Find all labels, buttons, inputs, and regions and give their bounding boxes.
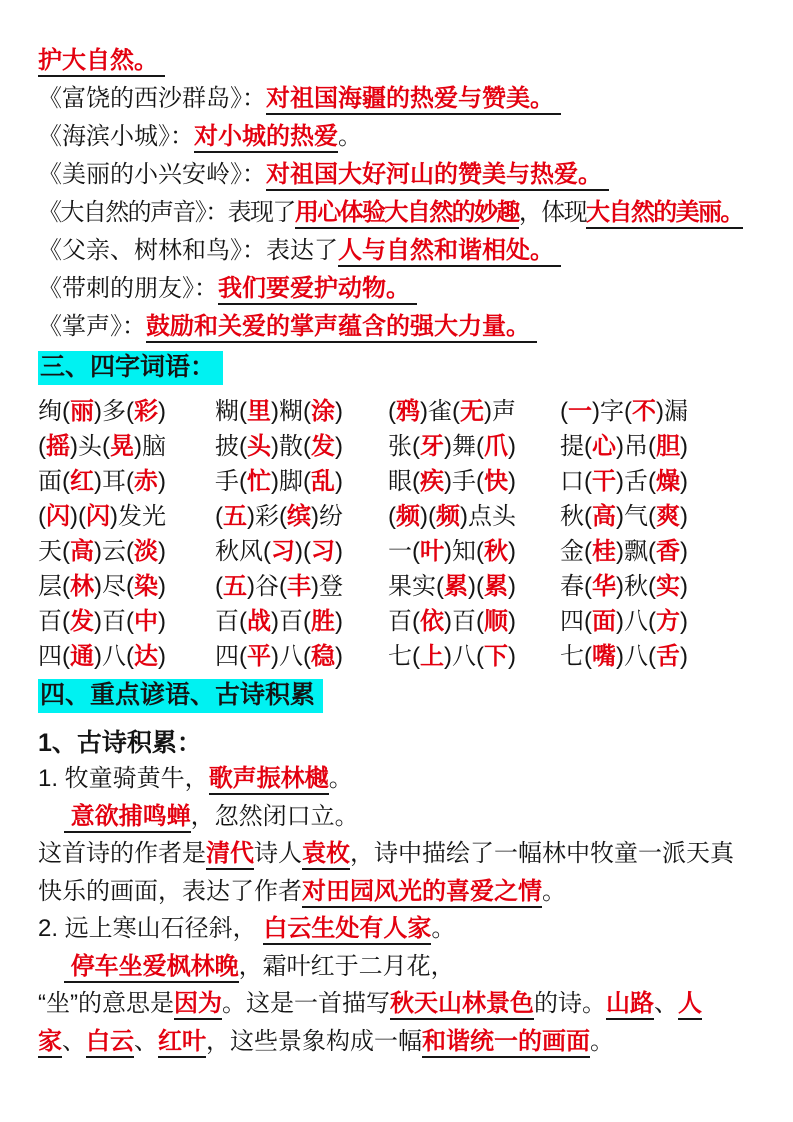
fill-in-char: 面 bbox=[592, 608, 616, 635]
idiom-cell: 糊(里)糊(涂) bbox=[215, 394, 388, 429]
paren: ( bbox=[584, 433, 592, 460]
fill-in-char: 顺 bbox=[484, 608, 508, 635]
paren: ) bbox=[158, 398, 166, 425]
fill-in-char: 红 bbox=[70, 468, 94, 495]
idiom-char: 脚 bbox=[279, 468, 303, 495]
paren: ( bbox=[303, 468, 311, 495]
idiom-char: 风 bbox=[239, 538, 263, 565]
fill-in-char: 习 bbox=[271, 538, 295, 565]
idiom-char: 多 bbox=[102, 398, 126, 425]
plain-text: 。 bbox=[329, 765, 353, 792]
fill-in-char: 累 bbox=[444, 573, 468, 600]
idiom-cell: 秋风(习)(习) bbox=[215, 534, 388, 569]
plain-text: 诗人 bbox=[254, 840, 302, 867]
fill-in-char: 牙 bbox=[420, 433, 444, 460]
paren: ( bbox=[279, 503, 287, 530]
paren: ( bbox=[126, 398, 134, 425]
paren: ) bbox=[444, 433, 452, 460]
paren: ( bbox=[412, 468, 420, 495]
paren: ) bbox=[616, 608, 624, 635]
paren: ( bbox=[126, 608, 134, 635]
paren: ( bbox=[38, 503, 46, 530]
paren: ( bbox=[239, 433, 247, 460]
four-char-words-title: 三、四字词语： bbox=[38, 351, 223, 385]
paren: ( bbox=[126, 643, 134, 670]
idiom-cell: 手(忙)脚(乱) bbox=[215, 464, 388, 499]
idiom-cell: 金(桂)飘(香) bbox=[560, 534, 775, 569]
fill-in-char: 不 bbox=[632, 398, 656, 425]
plain-text: 《父亲、树林和鸟》：表达了 bbox=[38, 237, 338, 264]
fill-in-char: 频 bbox=[436, 503, 460, 530]
paren: ( bbox=[215, 573, 223, 600]
paren: ) bbox=[271, 398, 279, 425]
idiom-cell: (频)(频)点头 bbox=[388, 499, 560, 534]
plain-text: ，体现 bbox=[519, 199, 586, 226]
lesson-theme-section: 护大自然。 《富饶的西沙群岛》：对祖国海疆的热爱与赞美。 《海滨小城》：对小城的… bbox=[38, 42, 775, 346]
plain-text: 、 bbox=[62, 1028, 86, 1055]
paren: ( bbox=[624, 398, 632, 425]
idiom-cell: (一)字(不)漏 bbox=[560, 394, 775, 429]
answer-text: 人与自然和谐相处。 bbox=[338, 237, 561, 267]
plain-text: 《大自然的声音》：表现了 bbox=[38, 199, 295, 226]
idiom-char: 果 bbox=[388, 573, 412, 600]
idiom-char: 眼 bbox=[388, 468, 412, 495]
paren: ( bbox=[62, 573, 70, 600]
fill-in-char: 丰 bbox=[287, 573, 311, 600]
idiom-cell: (摇)头(晃)脑 bbox=[38, 429, 215, 464]
paren: ( bbox=[584, 573, 592, 600]
paren: ) bbox=[158, 573, 166, 600]
paren: ) bbox=[508, 538, 516, 565]
plain-text: 的诗。 bbox=[534, 990, 606, 1017]
idiom-char: 八 bbox=[102, 643, 126, 670]
fill-in-char: 发 bbox=[311, 433, 335, 460]
fill-in-char: 摇 bbox=[46, 433, 70, 460]
plain-text: ，霜叶红于二月花， bbox=[239, 953, 455, 980]
idiom-char: 漏 bbox=[664, 398, 688, 425]
text-line: 《掌声》：鼓励和关爱的掌声蕴含的强大力量。 bbox=[38, 308, 775, 346]
study-notes-page: 护大自然。 《富饶的西沙群岛》：对祖国海疆的热爱与赞美。 《海滨小城》：对小城的… bbox=[0, 0, 793, 1122]
paren: ) bbox=[508, 433, 516, 460]
paren: ) bbox=[335, 468, 343, 495]
answer-text: 鼓励和关爱的掌声蕴含的强大力量。 bbox=[146, 313, 537, 343]
fill-in-char: 涂 bbox=[311, 398, 335, 425]
paren: ( bbox=[648, 468, 656, 495]
plain-text: ，诗中描绘了一幅林中牧童一派天真 bbox=[350, 840, 734, 867]
fill-in-char: 闪 bbox=[46, 503, 70, 530]
paren: ( bbox=[452, 398, 460, 425]
idiom-char: 七 bbox=[388, 643, 412, 670]
fill-in-char: 桂 bbox=[592, 538, 616, 565]
fill-in-char: 下 bbox=[484, 643, 508, 670]
idiom-char: 纷 bbox=[319, 503, 343, 530]
idiom-char: 百 bbox=[215, 608, 239, 635]
paren: ) bbox=[158, 608, 166, 635]
paren: ( bbox=[263, 538, 271, 565]
fill-in-char: 丽 bbox=[70, 398, 94, 425]
idiom-char: 天 bbox=[38, 538, 62, 565]
paren: ) bbox=[616, 468, 624, 495]
idiom-char: 口 bbox=[560, 468, 584, 495]
paren: ( bbox=[476, 538, 484, 565]
fill-in-char: 高 bbox=[70, 538, 94, 565]
proverbs-poems-title: 四、重点谚语、古诗积累 bbox=[38, 679, 323, 713]
paren: ( bbox=[412, 538, 420, 565]
fill-in-char: 闪 bbox=[86, 503, 110, 530]
idiom-cell: 秋(高)气(爽) bbox=[560, 499, 775, 534]
answer-text: 意欲捕鸣蝉 bbox=[64, 803, 191, 833]
idiom-char: 一 bbox=[388, 538, 412, 565]
paren: ( bbox=[648, 433, 656, 460]
fill-in-char: 稳 bbox=[311, 643, 335, 670]
idiom-cell: 口(干)舌(燥) bbox=[560, 464, 775, 499]
four-char-words-grid: 绚(丽)多(彩)糊(里)糊(涂)(鸦)雀(无)声(一)字(不)漏(摇)头(晃)脑… bbox=[38, 394, 775, 674]
text-line: 《带刺的朋友》：我们要爱护动物。 bbox=[38, 270, 775, 308]
idiom-char: 秋 bbox=[624, 573, 648, 600]
idiom-char: 字 bbox=[600, 398, 624, 425]
paren: ( bbox=[126, 573, 134, 600]
idiom-char: 气 bbox=[624, 503, 648, 530]
plain-text: 。 bbox=[431, 915, 455, 942]
paren: ) bbox=[335, 433, 343, 460]
paren: ) bbox=[94, 398, 102, 425]
paren: ) bbox=[94, 468, 102, 495]
plain-text: 《美丽的小兴安岭》： bbox=[38, 161, 266, 188]
paren: ) bbox=[271, 468, 279, 495]
answer-text: 白云生处有人家 bbox=[263, 915, 431, 945]
idiom-cell: 四(平)八(稳) bbox=[215, 639, 388, 674]
idiom-char: 百 bbox=[38, 608, 62, 635]
idiom-cell: 百(依)百(顺) bbox=[388, 604, 560, 639]
idiom-cell: (五)彩(缤)纷 bbox=[215, 499, 388, 534]
paren: ( bbox=[648, 643, 656, 670]
idiom-char: 提 bbox=[560, 433, 584, 460]
paren: ) bbox=[508, 643, 516, 670]
paren: ) bbox=[70, 503, 78, 530]
paren: ) bbox=[70, 433, 78, 460]
paren: ( bbox=[476, 608, 484, 635]
idiom-cell: 果实(累)(累) bbox=[388, 569, 560, 604]
plain-text: 快乐的画面，表达了作者 bbox=[38, 878, 302, 905]
paren: ( bbox=[648, 538, 656, 565]
paren: ) bbox=[468, 573, 476, 600]
answer-text: 白云 bbox=[86, 1028, 134, 1058]
fill-in-char: 赤 bbox=[134, 468, 158, 495]
plain-text: 。这是一首描写 bbox=[222, 990, 390, 1017]
idiom-char: 七 bbox=[560, 643, 584, 670]
idiom-char: 百 bbox=[388, 608, 412, 635]
idiom-char: 谷 bbox=[255, 573, 279, 600]
answer-text: 用心体验大自然的妙趣 bbox=[295, 199, 519, 229]
fill-in-char: 中 bbox=[134, 608, 158, 635]
paren: ) bbox=[94, 608, 102, 635]
idiom-char: 四 bbox=[560, 608, 584, 635]
fill-in-char: 忙 bbox=[247, 468, 271, 495]
plain-text: 、 bbox=[134, 1028, 158, 1055]
idiom-char: 脑 bbox=[142, 433, 166, 460]
paren: ) bbox=[444, 608, 452, 635]
paren: ( bbox=[62, 398, 70, 425]
idiom-char: 彩 bbox=[255, 503, 279, 530]
plain-text: 。 bbox=[338, 123, 362, 150]
fill-in-char: 头 bbox=[247, 433, 271, 460]
text-line: 1. 牧童骑黄牛，歌声振林樾。 bbox=[38, 760, 775, 798]
paren: ( bbox=[239, 643, 247, 670]
paren: ( bbox=[239, 608, 247, 635]
paren: ) bbox=[680, 573, 688, 600]
plain-text: 这首诗的作者是 bbox=[38, 840, 206, 867]
plain-text: 。 bbox=[590, 1028, 614, 1055]
paren: ( bbox=[388, 398, 396, 425]
plain-text: 。 bbox=[542, 878, 566, 905]
fill-in-char: 胜 bbox=[311, 608, 335, 635]
paren: ( bbox=[412, 433, 420, 460]
fill-in-char: 晃 bbox=[110, 433, 134, 460]
paren: ) bbox=[158, 538, 166, 565]
paren: ( bbox=[412, 643, 420, 670]
plain-text: 《海滨小城》： bbox=[38, 123, 194, 150]
fill-in-char: 频 bbox=[396, 503, 420, 530]
idiom-char: 飘 bbox=[624, 538, 648, 565]
plain-text: ，忽然闭口立。 bbox=[191, 803, 359, 830]
text-line: 意欲捕鸣蝉，忽然闭口立。 bbox=[38, 798, 775, 836]
fill-in-char: 胆 bbox=[656, 433, 680, 460]
paren: ) bbox=[680, 608, 688, 635]
paren: ) bbox=[656, 398, 664, 425]
paren: ) bbox=[680, 468, 688, 495]
fill-in-char: 战 bbox=[247, 608, 271, 635]
idiom-char: 绚 bbox=[38, 398, 62, 425]
answer-text: 我们要爱护动物。 bbox=[218, 275, 417, 305]
paren: ) bbox=[134, 433, 142, 460]
section-header-four-char-words: 三、四字词语： bbox=[38, 350, 775, 386]
answer-text: 对田园风光的喜爱之情 bbox=[302, 878, 542, 908]
fill-in-char: 彩 bbox=[134, 398, 158, 425]
paren: ( bbox=[303, 538, 311, 565]
paren: ( bbox=[126, 468, 134, 495]
fill-in-char: 高 bbox=[592, 503, 616, 530]
paren: ) bbox=[94, 573, 102, 600]
paren: ) bbox=[271, 643, 279, 670]
paren: ( bbox=[648, 573, 656, 600]
plain-text: ，这些景象构成一幅 bbox=[206, 1028, 422, 1055]
idiom-char: 雀 bbox=[428, 398, 452, 425]
fill-in-char: 发 bbox=[70, 608, 94, 635]
paren: ) bbox=[508, 608, 516, 635]
idiom-char: 八 bbox=[452, 643, 476, 670]
idiom-cell: 眼(疾)手(快) bbox=[388, 464, 560, 499]
text-line: 这首诗的作者是清代诗人袁枚，诗中描绘了一幅林中牧童一派天真 bbox=[38, 835, 775, 873]
paren: ( bbox=[412, 608, 420, 635]
paren: ) bbox=[592, 398, 600, 425]
text-line: 停车坐爱枫林晚，霜叶红于二月花， bbox=[38, 948, 775, 986]
poem-accumulation-subheader: 1、古诗积累： bbox=[38, 726, 775, 760]
idiom-char: 糊 bbox=[215, 398, 239, 425]
plain-text: 《富饶的西沙群岛》： bbox=[38, 85, 266, 112]
plain-text: 《掌声》： bbox=[38, 313, 146, 340]
paren: ) bbox=[420, 398, 428, 425]
idiom-cell: 四(通)八(达) bbox=[38, 639, 215, 674]
idiom-char: 八 bbox=[279, 643, 303, 670]
paren: ( bbox=[279, 573, 287, 600]
idiom-char: 张 bbox=[388, 433, 412, 460]
fill-in-char: 香 bbox=[656, 538, 680, 565]
fill-in-char: 习 bbox=[311, 538, 335, 565]
fill-in-char: 染 bbox=[134, 573, 158, 600]
idiom-char: 层 bbox=[38, 573, 62, 600]
paren: ) bbox=[335, 608, 343, 635]
fill-in-char: 舌 bbox=[656, 643, 680, 670]
idiom-cell: (五)谷(丰)登 bbox=[215, 569, 388, 604]
paren: ) bbox=[271, 608, 279, 635]
paren: ( bbox=[62, 468, 70, 495]
paren: ) bbox=[616, 433, 624, 460]
idiom-char: 百 bbox=[279, 608, 303, 635]
idiom-char: 登 bbox=[319, 573, 343, 600]
paren: ) bbox=[616, 538, 624, 565]
paren: ( bbox=[388, 503, 396, 530]
paren: ) bbox=[247, 503, 255, 530]
idiom-char: 吊 bbox=[624, 433, 648, 460]
fill-in-char: 叶 bbox=[420, 538, 444, 565]
paren: ) bbox=[680, 503, 688, 530]
idiom-cell: 层(林)尽(染) bbox=[38, 569, 215, 604]
idiom-cell: 百(战)百(胜) bbox=[215, 604, 388, 639]
fill-in-char: 五 bbox=[223, 503, 247, 530]
paren: ) bbox=[444, 468, 452, 495]
idiom-cell: 绚(丽)多(彩) bbox=[38, 394, 215, 429]
answer-text: 和谐统一的画面 bbox=[422, 1028, 590, 1058]
idiom-char: 发 bbox=[118, 503, 142, 530]
text-line: 护大自然。 bbox=[38, 42, 775, 80]
idiom-char: 百 bbox=[102, 608, 126, 635]
idiom-cell: 春(华)秋(实) bbox=[560, 569, 775, 604]
idiom-char: 散 bbox=[279, 433, 303, 460]
idiom-char: 面 bbox=[38, 468, 62, 495]
paren: ( bbox=[102, 433, 110, 460]
idiom-char: 耳 bbox=[102, 468, 126, 495]
paren: ( bbox=[38, 433, 46, 460]
answer-text: 对祖国海疆的热爱与赞美。 bbox=[266, 85, 561, 115]
fill-in-char: 华 bbox=[592, 573, 616, 600]
fill-in-char: 达 bbox=[134, 643, 158, 670]
paren: ) bbox=[680, 538, 688, 565]
paren: ( bbox=[584, 538, 592, 565]
paren: ) bbox=[335, 643, 343, 670]
answer-text: 对小城的热爱 bbox=[194, 123, 338, 153]
fill-in-char: 乱 bbox=[311, 468, 335, 495]
fill-in-char: 林 bbox=[70, 573, 94, 600]
paren: ) bbox=[616, 573, 624, 600]
fill-in-char: 心 bbox=[592, 433, 616, 460]
fill-in-char: 上 bbox=[420, 643, 444, 670]
plain-text: 《带刺的朋友》： bbox=[38, 275, 218, 302]
paren: ) bbox=[271, 433, 279, 460]
text-line: 《大自然的声音》：表现了用心体验大自然的妙趣，体现大自然的美丽。 bbox=[38, 194, 775, 232]
paren: ( bbox=[648, 608, 656, 635]
idiom-char: 声 bbox=[492, 398, 516, 425]
answer-text: 袁枚 bbox=[302, 840, 350, 870]
idiom-char: 八 bbox=[624, 643, 648, 670]
idiom-char: 八 bbox=[624, 608, 648, 635]
fill-in-char: 通 bbox=[70, 643, 94, 670]
paren: ( bbox=[303, 608, 311, 635]
text-line: “坐”的意思是因为。这是一首描写秋天山林景色的诗。山路、人 bbox=[38, 985, 775, 1023]
paren: ( bbox=[584, 608, 592, 635]
plain-text: 、 bbox=[654, 990, 678, 1017]
paren: ( bbox=[62, 538, 70, 565]
fill-in-char: 干 bbox=[592, 468, 616, 495]
idiom-char: 春 bbox=[560, 573, 584, 600]
paren: ( bbox=[584, 503, 592, 530]
idiom-char: 光 bbox=[142, 503, 166, 530]
paren: ( bbox=[476, 643, 484, 670]
fill-in-char: 燥 bbox=[656, 468, 680, 495]
fill-in-char: 嘴 bbox=[592, 643, 616, 670]
paren: ) bbox=[680, 433, 688, 460]
idiom-char: 舞 bbox=[452, 433, 476, 460]
paren: ( bbox=[78, 503, 86, 530]
idiom-char: 头 bbox=[78, 433, 102, 460]
paren: ( bbox=[584, 468, 592, 495]
fill-in-char: 淡 bbox=[134, 538, 158, 565]
idiom-cell: 百(发)百(中) bbox=[38, 604, 215, 639]
paren: ) bbox=[460, 503, 468, 530]
fill-in-char: 累 bbox=[484, 573, 508, 600]
paren: ) bbox=[680, 643, 688, 670]
answer-text: 护大自然。 bbox=[38, 47, 165, 77]
plain-text: 1. 牧童骑黄牛， bbox=[38, 765, 209, 792]
poem-section: 1. 牧童骑黄牛，歌声振林樾。 意欲捕鸣蝉，忽然闭口立。这首诗的作者是清代诗人袁… bbox=[38, 760, 775, 1060]
fill-in-char: 里 bbox=[247, 398, 271, 425]
paren: ) bbox=[335, 538, 343, 565]
plain-text: “坐”的意思是 bbox=[38, 990, 174, 1017]
paren: ) bbox=[335, 398, 343, 425]
fill-in-char: 秋 bbox=[484, 538, 508, 565]
text-line: 《富饶的西沙群岛》：对祖国海疆的热爱与赞美。 bbox=[38, 80, 775, 118]
idiom-char: 百 bbox=[452, 608, 476, 635]
paren: ) bbox=[484, 398, 492, 425]
paren: ) bbox=[508, 573, 516, 600]
plain-text: 2. 远上寒山石径斜， bbox=[38, 915, 263, 942]
paren: ( bbox=[62, 643, 70, 670]
idiom-char: 点 bbox=[468, 503, 492, 530]
answer-text: 停车坐爱枫林晚 bbox=[64, 953, 239, 983]
paren: ) bbox=[616, 643, 624, 670]
paren: ( bbox=[476, 433, 484, 460]
paren: ( bbox=[215, 503, 223, 530]
fill-in-char: 一 bbox=[568, 398, 592, 425]
paren: ( bbox=[648, 503, 656, 530]
paren: ) bbox=[444, 538, 452, 565]
paren: ( bbox=[239, 398, 247, 425]
paren: ( bbox=[303, 398, 311, 425]
idiom-char: 舌 bbox=[624, 468, 648, 495]
fill-in-char: 缤 bbox=[287, 503, 311, 530]
idiom-char: 披 bbox=[215, 433, 239, 460]
idiom-char: 手 bbox=[452, 468, 476, 495]
paren: ( bbox=[303, 643, 311, 670]
idiom-char: 糊 bbox=[279, 398, 303, 425]
idiom-cell: 天(高)云(淡) bbox=[38, 534, 215, 569]
idiom-cell: (鸦)雀(无)声 bbox=[388, 394, 560, 429]
paren: ) bbox=[158, 643, 166, 670]
paren: ) bbox=[420, 503, 428, 530]
fill-in-char: 五 bbox=[223, 573, 247, 600]
paren: ( bbox=[436, 573, 444, 600]
idiom-char: 秋 bbox=[215, 538, 239, 565]
idiom-cell: 张(牙)舞(爪) bbox=[388, 429, 560, 464]
